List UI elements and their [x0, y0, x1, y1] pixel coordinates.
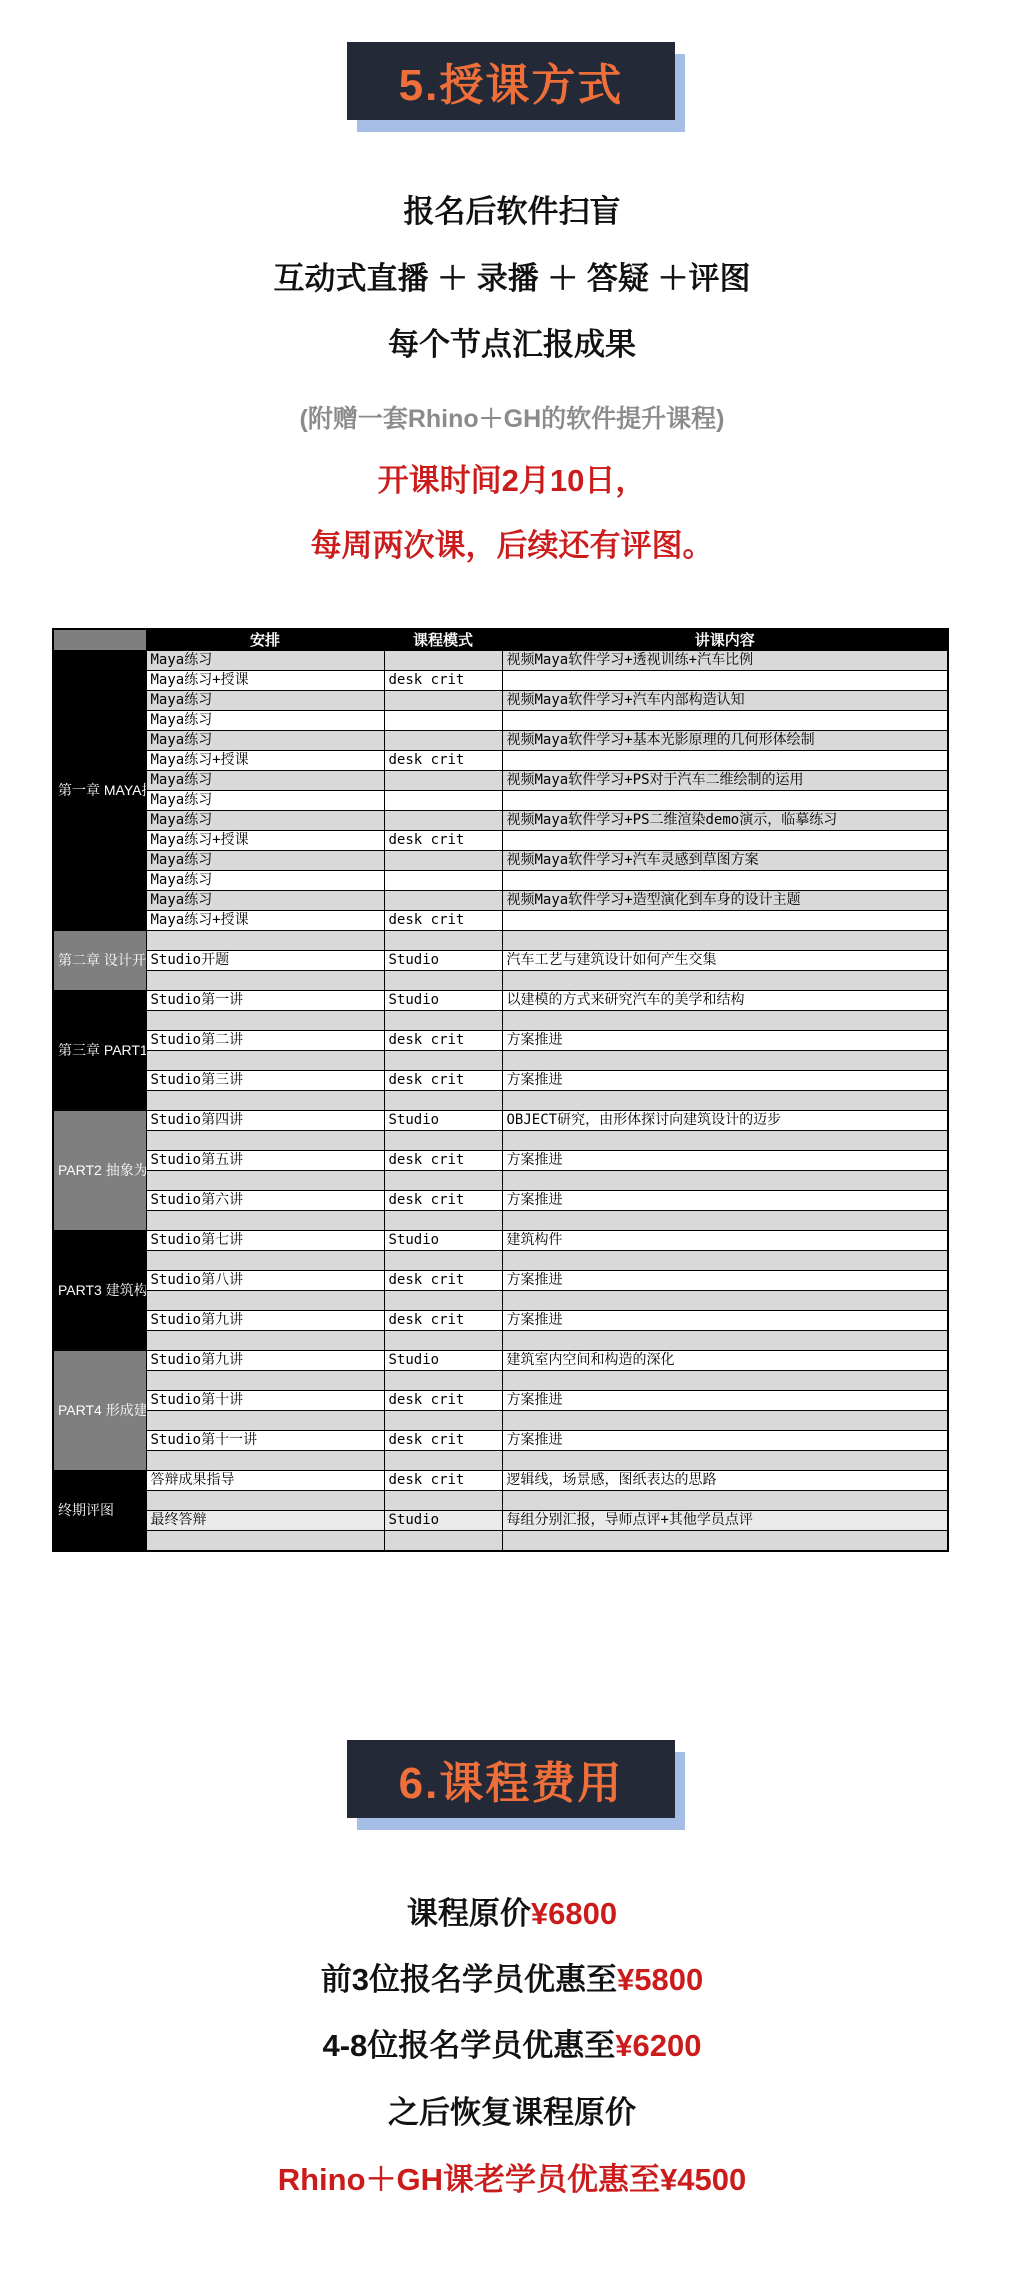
section-label: PART3 建筑构件: [53, 1231, 146, 1351]
cell-arrange: [146, 1171, 384, 1191]
cell-mode: [384, 1251, 502, 1271]
cell-content: [502, 1211, 948, 1231]
table-row: 第三章 PART1 汽车部件 推敲Studio第一讲Studio以建模的方式来研…: [53, 991, 948, 1011]
cell-arrange: Maya练习: [146, 791, 384, 811]
teaching-line-reports: 每个节点汇报成果: [0, 325, 1024, 365]
cell-mode: desk crit: [384, 1471, 502, 1491]
cell-mode: desk crit: [384, 1271, 502, 1291]
cell-content: 汽车工艺与建筑设计如何产生交集: [502, 951, 948, 971]
cell-content: [502, 1171, 948, 1191]
cell-mode: [384, 1491, 502, 1511]
cell-content: 方案推进: [502, 1391, 948, 1411]
table-row: Maya练习视频Maya软件学习+PS二维渲染demo演示，临摹练习: [53, 811, 948, 831]
cell-content: 以建模的方式来研究汽车的美学和结构: [502, 991, 948, 1011]
cell-arrange: [146, 1291, 384, 1311]
section5-banner: 5.授课方式: [347, 42, 675, 120]
table-row: [53, 1011, 948, 1031]
teaching-line-signup: 报名后软件扫盲: [0, 192, 1024, 232]
cell-content: [502, 1251, 948, 1271]
section-label: PART4 形成建筑: [53, 1351, 146, 1471]
cell-content: 建筑构件: [502, 1231, 948, 1251]
cell-arrange: Maya练习: [146, 811, 384, 831]
table-row: [53, 1531, 948, 1552]
table-row: 第一章 MAYA技能 扫盲课程Maya练习视频Maya软件学习+透视训练+汽车比…: [53, 651, 948, 671]
cell-content: [502, 1531, 948, 1552]
cell-content: OBJECT研究，由形体探讨向建筑设计的迈步: [502, 1111, 948, 1131]
cell-content: [502, 1291, 948, 1311]
cell-content: [502, 971, 948, 991]
cell-arrange: [146, 1491, 384, 1511]
cell-arrange: Studio第一讲: [146, 991, 384, 1011]
cell-arrange: [146, 1251, 384, 1271]
cell-arrange: Maya练习: [146, 731, 384, 751]
course-poster: 5.授课方式 报名后软件扫盲 互动式直播 ＋ 录播 ＋ 答疑 ＋评图 每个节点汇…: [0, 0, 1024, 2278]
cell-arrange: Maya练习+授课: [146, 831, 384, 851]
weekly-schedule-line: 每周两次课，后续还有评图。: [0, 526, 1024, 566]
price-line-original: 课程原价¥6800: [0, 1894, 1024, 1934]
cell-arrange: Studio开题: [146, 951, 384, 971]
cell-mode: [384, 1531, 502, 1552]
cell-mode: [384, 971, 502, 991]
price-line-alumni: Rhino＋GH课老学员优惠至¥4500: [0, 2160, 1024, 2200]
table-row: [53, 1331, 948, 1351]
cell-content: [502, 831, 948, 851]
price-value: Rhino＋GH课老学员优惠至¥4500: [278, 2162, 747, 2197]
cell-mode: [384, 1051, 502, 1071]
table-row: Maya练习视频Maya软件学习+基本光影原理的几何形体绘制: [53, 731, 948, 751]
cell-arrange: 最终答辩: [146, 1511, 384, 1531]
table-row: Maya练习: [53, 791, 948, 811]
table-row: Studio第八讲desk crit方案推进: [53, 1271, 948, 1291]
cell-content: [502, 1051, 948, 1071]
cell-content: [502, 1371, 948, 1391]
price-value: ¥6800: [531, 1896, 617, 1931]
cell-arrange: Maya练习: [146, 651, 384, 671]
table-row: Studio第二讲desk crit方案推进: [53, 1031, 948, 1051]
table-row: [53, 1211, 948, 1231]
table-row: [53, 1371, 948, 1391]
price-label: 前3位报名学员优惠至: [321, 1962, 617, 1997]
cell-mode: desk crit: [384, 1431, 502, 1451]
cell-arrange: Maya练习+授课: [146, 751, 384, 771]
cell-mode: [384, 1411, 502, 1431]
cell-arrange: [146, 1011, 384, 1031]
cell-arrange: Studio第五讲: [146, 1151, 384, 1171]
cell-content: 视频Maya软件学习+造型演化到车身的设计主题: [502, 891, 948, 911]
cell-mode: Studio: [384, 1231, 502, 1251]
cell-mode: [384, 1131, 502, 1151]
cell-content: 方案推进: [502, 1151, 948, 1171]
table-row: [53, 1491, 948, 1511]
cell-content: [502, 871, 948, 891]
table-row: Maya练习+授课desk crit: [53, 671, 948, 691]
cell-mode: desk crit: [384, 1031, 502, 1051]
section-label: 第二章 设计开题: [53, 931, 146, 991]
schedule-header-row: 安排课程模式讲课内容: [53, 629, 948, 651]
cell-mode: [384, 931, 502, 951]
cell-mode: [384, 871, 502, 891]
column-header: 安排: [146, 629, 384, 651]
table-row: Studio第五讲desk crit方案推进: [53, 1151, 948, 1171]
cell-content: 视频Maya软件学习+汽车灵感到草图方案: [502, 851, 948, 871]
table-row: Maya练习+授课desk crit: [53, 751, 948, 771]
table-row: Studio开题Studio汽车工艺与建筑设计如何产生交集: [53, 951, 948, 971]
cell-arrange: Maya练习: [146, 691, 384, 711]
cell-mode: Studio: [384, 1511, 502, 1531]
column-header: 讲课内容: [502, 629, 948, 651]
price-value: ¥6200: [615, 2028, 701, 2063]
cell-content: [502, 911, 948, 931]
cell-arrange: Studio第九讲: [146, 1351, 384, 1371]
cell-mode: [384, 791, 502, 811]
cell-mode: [384, 891, 502, 911]
cell-content: 每组分别汇报，导师点评+其他学员点评: [502, 1511, 948, 1531]
cell-mode: [384, 1451, 502, 1471]
price-line-first3: 前3位报名学员优惠至¥5800: [0, 1960, 1024, 2000]
price-label: 之后恢复课程原价: [388, 2095, 636, 2130]
cell-arrange: Studio第三讲: [146, 1071, 384, 1091]
table-row: Maya练习视频Maya软件学习+汽车内部构造认知: [53, 691, 948, 711]
cell-arrange: Maya练习: [146, 871, 384, 891]
cell-mode: desk crit: [384, 751, 502, 771]
cell-arrange: Studio第四讲: [146, 1111, 384, 1131]
table-row: [53, 1051, 948, 1071]
price-value: ¥5800: [617, 1962, 703, 1997]
cell-mode: desk crit: [384, 671, 502, 691]
cell-mode: [384, 1171, 502, 1191]
cell-mode: [384, 1331, 502, 1351]
section-label: 终期评图: [53, 1471, 146, 1552]
cell-content: 视频Maya软件学习+透视训练+汽车比例: [502, 651, 948, 671]
bonus-note: (附赠一套Rhino＋GH的软件提升课程): [0, 399, 1024, 439]
cell-content: 视频Maya软件学习+汽车内部构造认知: [502, 691, 948, 711]
cell-content: 方案推进: [502, 1071, 948, 1091]
cell-mode: [384, 851, 502, 871]
cell-mode: [384, 731, 502, 751]
table-row: [53, 1091, 948, 1111]
section5-banner-title: 5.授课方式: [399, 49, 624, 113]
cell-content: [502, 711, 948, 731]
cell-arrange: Maya练习+授课: [146, 911, 384, 931]
cell-mode: desk crit: [384, 1391, 502, 1411]
section6-banner-title: 6.课程费用: [399, 1747, 624, 1811]
cell-content: 视频Maya软件学习+PS对于汽车二维绘制的运用: [502, 771, 948, 791]
cell-content: 逻辑线，场景感，图纸表达的思路: [502, 1471, 948, 1491]
section6-banner: 6.课程费用: [347, 1740, 675, 1818]
column-header: 课程模式: [384, 629, 502, 651]
table-row: Studio第六讲desk crit方案推进: [53, 1191, 948, 1211]
price-line-4to8: 4-8位报名学员优惠至¥6200: [0, 2026, 1024, 2066]
cell-arrange: Maya练习: [146, 711, 384, 731]
cell-arrange: Studio第二讲: [146, 1031, 384, 1051]
cell-mode: [384, 1291, 502, 1311]
cell-mode: desk crit: [384, 1071, 502, 1091]
cell-arrange: Studio第十一讲: [146, 1431, 384, 1451]
schedule-table-head: 安排课程模式讲课内容: [53, 629, 948, 651]
price-line-restore: 之后恢复课程原价: [0, 2093, 1024, 2133]
table-row: Studio第九讲desk crit方案推进: [53, 1311, 948, 1331]
cell-arrange: [146, 1531, 384, 1552]
cell-mode: desk crit: [384, 831, 502, 851]
table-row: Maya练习+授课desk crit: [53, 831, 948, 851]
table-row: Maya练习视频Maya软件学习+造型演化到车身的设计主题: [53, 891, 948, 911]
cell-mode: desk crit: [384, 911, 502, 931]
cell-arrange: [146, 1371, 384, 1391]
cell-content: 方案推进: [502, 1191, 948, 1211]
section-label: 第一章 MAYA技能 扫盲课程: [53, 651, 146, 931]
table-row: 终期评图答辩成果指导desk crit逻辑线，场景感，图纸表达的思路: [53, 1471, 948, 1491]
table-row: [53, 1251, 948, 1271]
table-row: PART4 形成建筑Studio第九讲Studio建筑室内空间和构造的深化: [53, 1351, 948, 1371]
table-row: [53, 1451, 948, 1471]
cell-mode: Studio: [384, 991, 502, 1011]
table-row: Maya练习+授课desk crit: [53, 911, 948, 931]
cell-arrange: Maya练习: [146, 891, 384, 911]
cell-arrange: Studio第九讲: [146, 1311, 384, 1331]
cell-arrange: [146, 1051, 384, 1071]
cell-arrange: [146, 1411, 384, 1431]
teaching-line-formats: 互动式直播 ＋ 录播 ＋ 答疑 ＋评图: [0, 259, 1024, 299]
cell-mode: Studio: [384, 951, 502, 971]
cell-mode: [384, 1211, 502, 1231]
cell-content: 方案推进: [502, 1431, 948, 1451]
table-row: 第二章 设计开题: [53, 931, 948, 951]
cell-mode: desk crit: [384, 1151, 502, 1171]
cell-content: [502, 671, 948, 691]
cell-arrange: Studio第六讲: [146, 1191, 384, 1211]
cell-mode: [384, 1091, 502, 1111]
cell-content: [502, 751, 948, 771]
cell-content: [502, 931, 948, 951]
cell-arrange: [146, 1131, 384, 1151]
cell-content: [502, 791, 948, 811]
cell-mode: [384, 1011, 502, 1031]
cell-content: 方案推进: [502, 1271, 948, 1291]
cell-content: 方案推进: [502, 1311, 948, 1331]
cell-content: 建筑室内空间和构造的深化: [502, 1351, 948, 1371]
table-row: [53, 971, 948, 991]
cell-arrange: Maya练习: [146, 851, 384, 871]
cell-content: 方案推进: [502, 1031, 948, 1051]
table-row: PART2 抽象为 ObjectStudio第四讲StudioOBJECT研究，…: [53, 1111, 948, 1131]
price-label: 课程原价: [407, 1896, 531, 1931]
cell-content: 视频Maya软件学习+基本光影原理的几何形体绘制: [502, 731, 948, 751]
table-row: [53, 1131, 948, 1151]
table-row: Maya练习视频Maya软件学习+PS对于汽车二维绘制的运用: [53, 771, 948, 791]
cell-arrange: Studio第八讲: [146, 1271, 384, 1291]
cell-mode: desk crit: [384, 1311, 502, 1331]
section-label: PART2 抽象为 Object: [53, 1111, 146, 1231]
cell-arrange: Studio第十讲: [146, 1391, 384, 1411]
cell-arrange: [146, 971, 384, 991]
cell-content: [502, 1011, 948, 1031]
cell-mode: Studio: [384, 1351, 502, 1371]
cell-mode: Studio: [384, 1111, 502, 1131]
cell-mode: desk crit: [384, 1191, 502, 1211]
corner-cell: [53, 629, 146, 651]
section-label: 第三章 PART1 汽车部件 推敲: [53, 991, 146, 1111]
table-row: [53, 1411, 948, 1431]
table-row: Studio第三讲desk crit方案推进: [53, 1071, 948, 1091]
cell-content: [502, 1411, 948, 1431]
cell-arrange: 答辩成果指导: [146, 1471, 384, 1491]
table-row: 最终答辩Studio每组分别汇报，导师点评+其他学员点评: [53, 1511, 948, 1531]
cell-arrange: [146, 1451, 384, 1471]
cell-mode: [384, 811, 502, 831]
cell-arrange: Maya练习+授课: [146, 671, 384, 691]
table-row: PART3 建筑构件Studio第七讲Studio建筑构件: [53, 1231, 948, 1251]
cell-content: [502, 1451, 948, 1471]
schedule-table-body: 第一章 MAYA技能 扫盲课程Maya练习视频Maya软件学习+透视训练+汽车比…: [53, 651, 948, 1552]
price-label: 4-8位报名学员优惠至: [322, 2028, 615, 2063]
cell-content: 视频Maya软件学习+PS二维渲染demo演示，临摹练习: [502, 811, 948, 831]
cell-arrange: [146, 1331, 384, 1351]
cell-mode: [384, 711, 502, 731]
cell-mode: [384, 651, 502, 671]
cell-mode: [384, 1371, 502, 1391]
table-row: Maya练习视频Maya软件学习+汽车灵感到草图方案: [53, 851, 948, 871]
cell-content: [502, 1331, 948, 1351]
cell-content: [502, 1091, 948, 1111]
table-row: Maya练习: [53, 871, 948, 891]
cell-arrange: [146, 931, 384, 951]
cell-arrange: [146, 1211, 384, 1231]
cell-arrange: [146, 1091, 384, 1111]
cell-mode: [384, 771, 502, 791]
table-row: [53, 1171, 948, 1191]
cell-mode: [384, 691, 502, 711]
cell-arrange: Maya练习: [146, 771, 384, 791]
start-date-line: 开课时间2月10日，: [0, 461, 1024, 501]
schedule-table: 安排课程模式讲课内容 第一章 MAYA技能 扫盲课程Maya练习视频Maya软件…: [52, 628, 949, 1552]
table-row: Studio第十讲desk crit方案推进: [53, 1391, 948, 1411]
cell-content: [502, 1491, 948, 1511]
table-row: Maya练习: [53, 711, 948, 731]
table-row: Studio第十一讲desk crit方案推进: [53, 1431, 948, 1451]
cell-arrange: Studio第七讲: [146, 1231, 384, 1251]
table-row: [53, 1291, 948, 1311]
cell-content: [502, 1131, 948, 1151]
